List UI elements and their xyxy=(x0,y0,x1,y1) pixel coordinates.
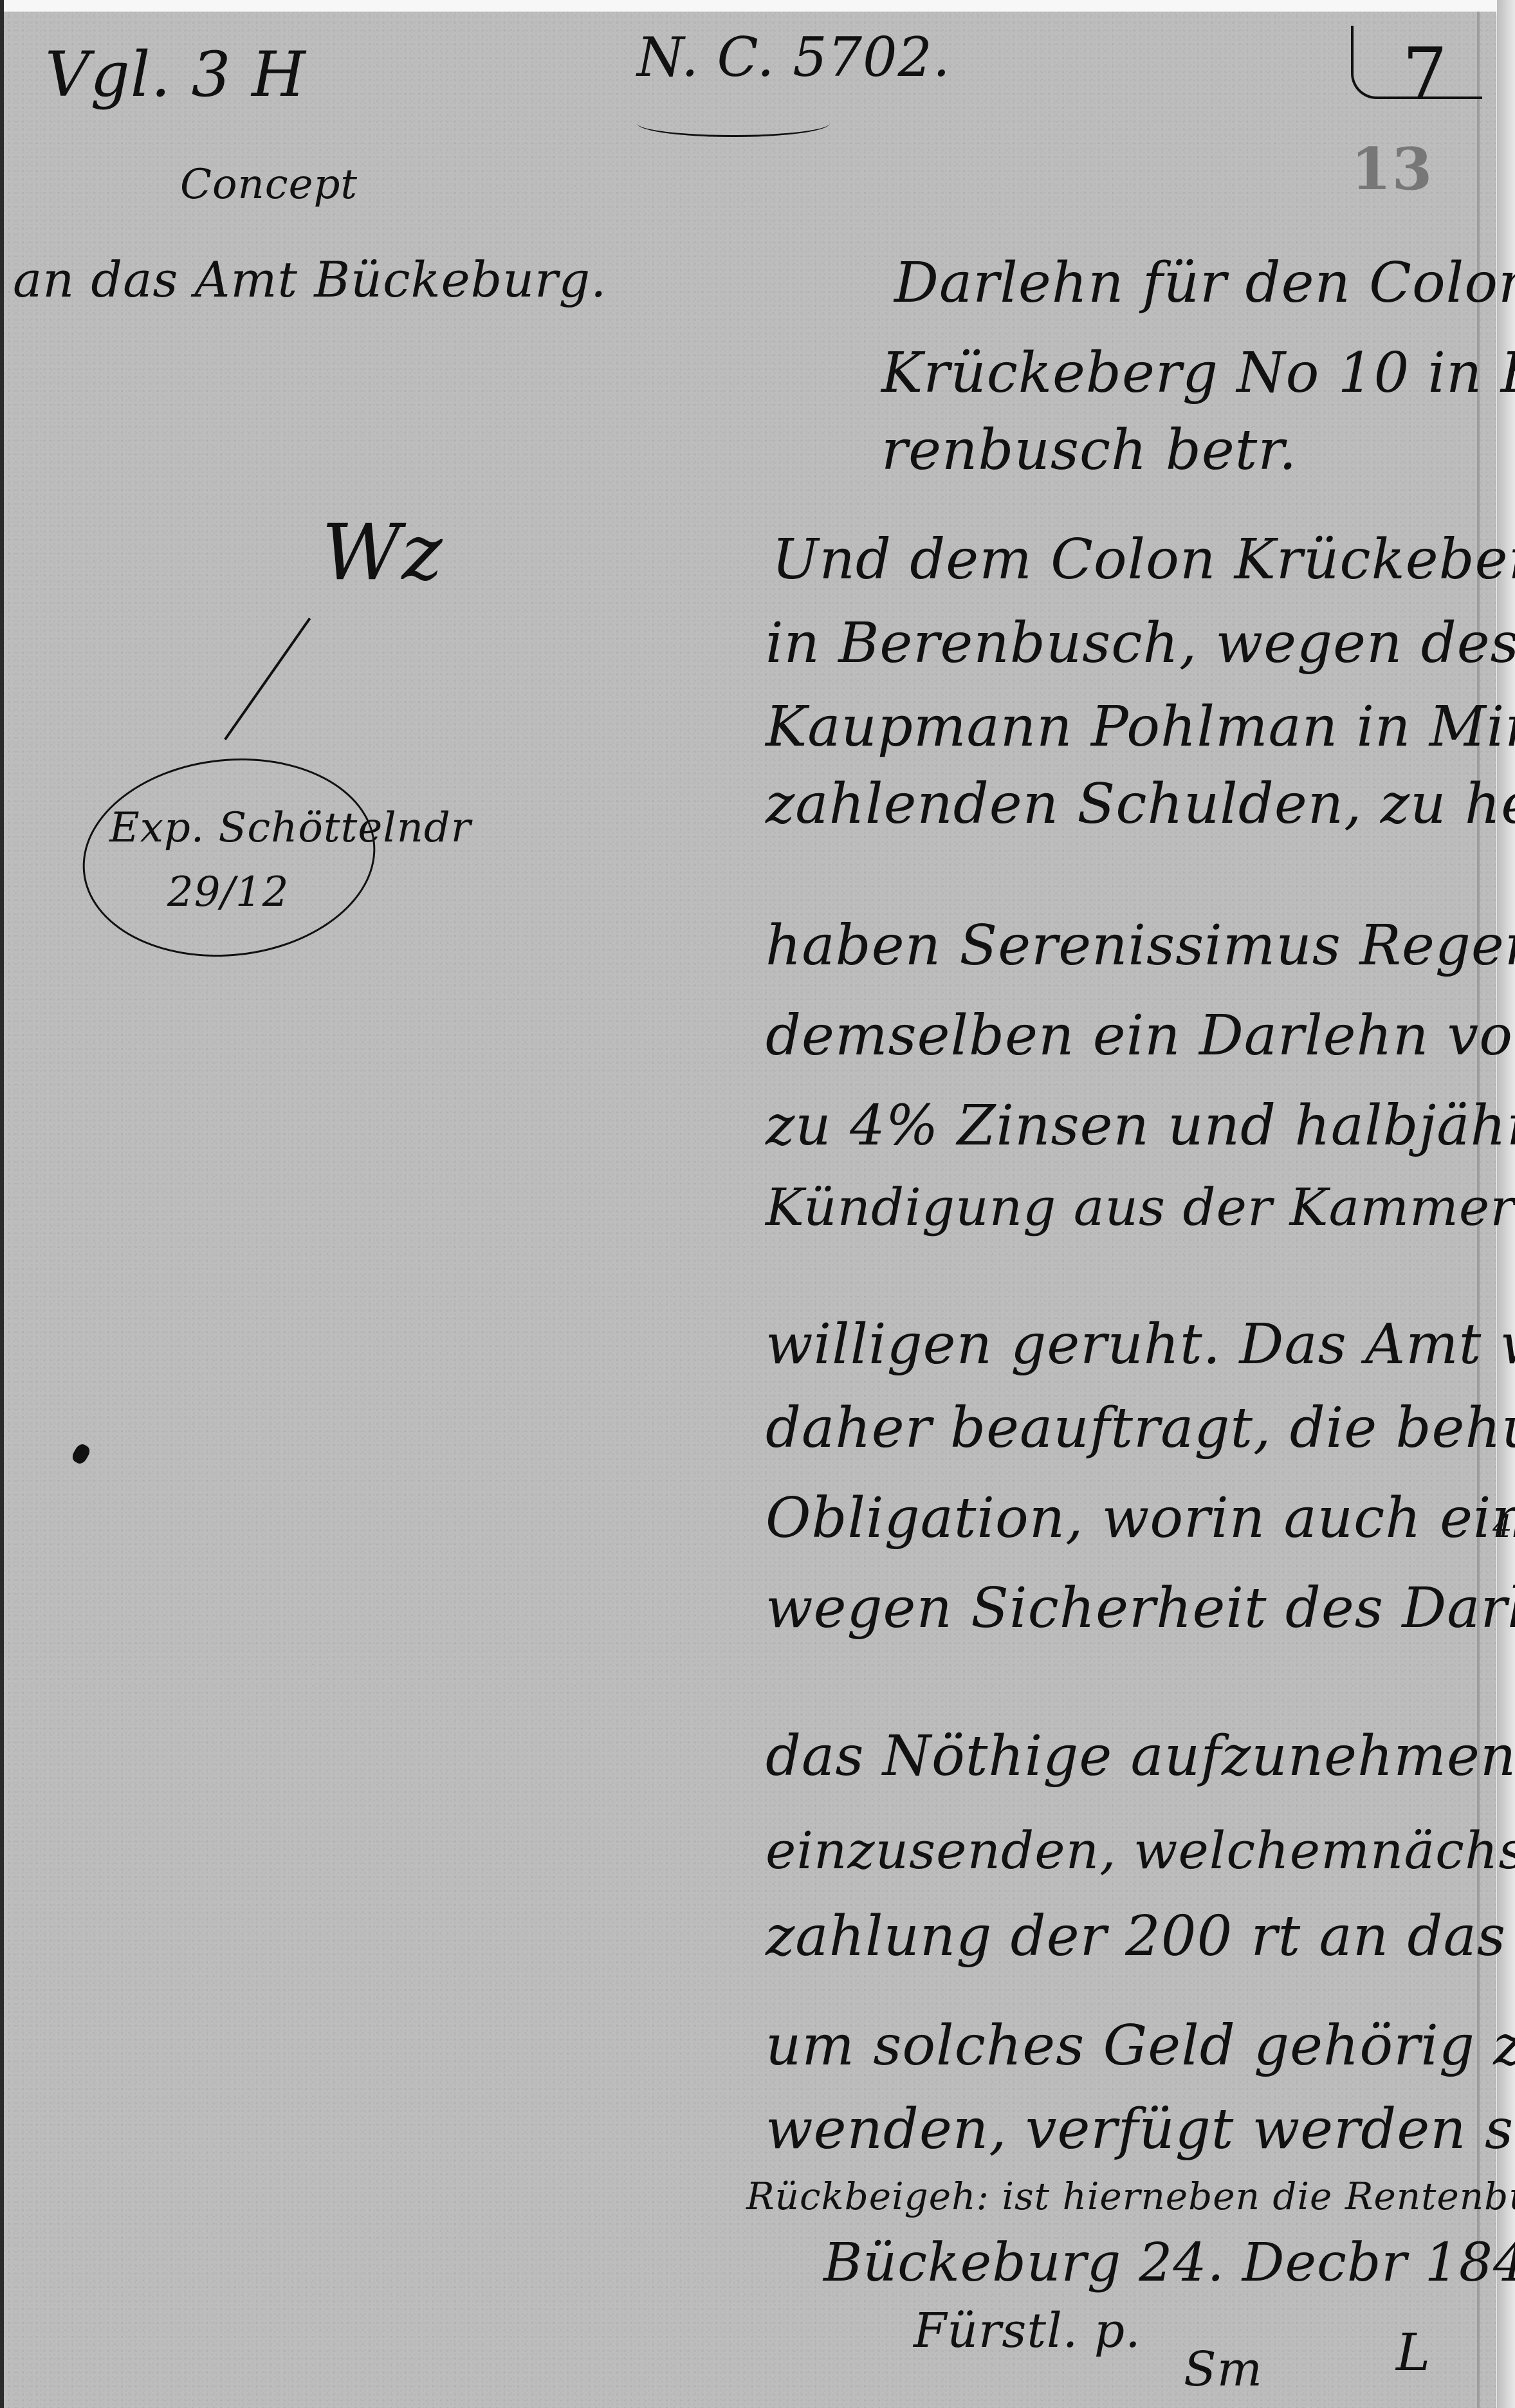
reference-note: Vgl. 3 H xyxy=(45,39,306,111)
folio-number: 7 xyxy=(1402,32,1448,115)
subject-line-2: Krückeberg No 10 in Be- xyxy=(881,341,1515,405)
margin-mark: 4 xyxy=(1492,1509,1513,1545)
body-line: Und dem Colon Krückeberg No 10 xyxy=(772,528,1515,592)
page-left-edge xyxy=(0,0,4,2408)
concept-heading: Concept xyxy=(180,161,358,208)
file-number-flourish xyxy=(637,109,830,137)
paraph-signature: Wz xyxy=(322,508,443,598)
signature-initial-l: L xyxy=(1396,2322,1431,2382)
file-number: N. C. 5702. xyxy=(637,26,951,89)
body-line: Obligation, worin auch ein speciel xyxy=(766,1486,1515,1550)
body-line-postscript: Rückbeigeh: ist hierneben die Rentenbuch… xyxy=(746,2174,1515,2218)
body-line: haben Serenissimus Regens xyxy=(766,914,1515,978)
body-line: das Nöthige aufzunehmen ist, xyxy=(766,1724,1515,1788)
body-line: wenden, verfügt werden soll. xyxy=(766,2097,1515,2162)
body-line: wegen Sicherheit des Darlehns xyxy=(766,1576,1515,1641)
subject-line-3: renbusch betr. xyxy=(881,418,1297,483)
body-line: Kaupmann Pohlman in Minden zu xyxy=(766,695,1515,759)
body-line: zu 4% Zinsen und halbjähriger xyxy=(766,1094,1515,1158)
body-line: um solches Geld gehörig zu ver- xyxy=(766,2014,1515,2078)
body-line: einzusenden, welchemnächst die Aus- xyxy=(766,1821,1515,1880)
body-line: in Berenbusch, wegen des an xyxy=(766,611,1515,676)
signature-fuerstl: Fürstl. p. xyxy=(914,2303,1141,2358)
body-line: demselben ein Darlehn von 200 rt xyxy=(766,1004,1515,1068)
body-line: Kündigung aus der Kammercasse zu be- xyxy=(766,1177,1515,1237)
addressee-heading: an das Amt Bückeburg. xyxy=(13,251,607,308)
body-line: willigen geruht. Das Amt wird xyxy=(766,1312,1515,1377)
signature-initials: Sm xyxy=(1184,2342,1263,2397)
date-line: Bückeburg 24. Decbr 1841. xyxy=(823,2232,1515,2293)
body-line: zahlenden Schulden, zu helfen, xyxy=(766,772,1515,836)
expedition-date: 29/12 xyxy=(167,869,289,916)
pencil-page-number: 13 xyxy=(1351,135,1433,203)
body-line: daher beauftragt, die behufige xyxy=(766,1396,1515,1460)
subject-line-1: Darlehn für den Colon xyxy=(894,251,1515,315)
body-line: zahlung der 200 rt an das Amt, xyxy=(766,1904,1515,1969)
expedition-note: Exp. Schöttelndr xyxy=(109,804,471,852)
